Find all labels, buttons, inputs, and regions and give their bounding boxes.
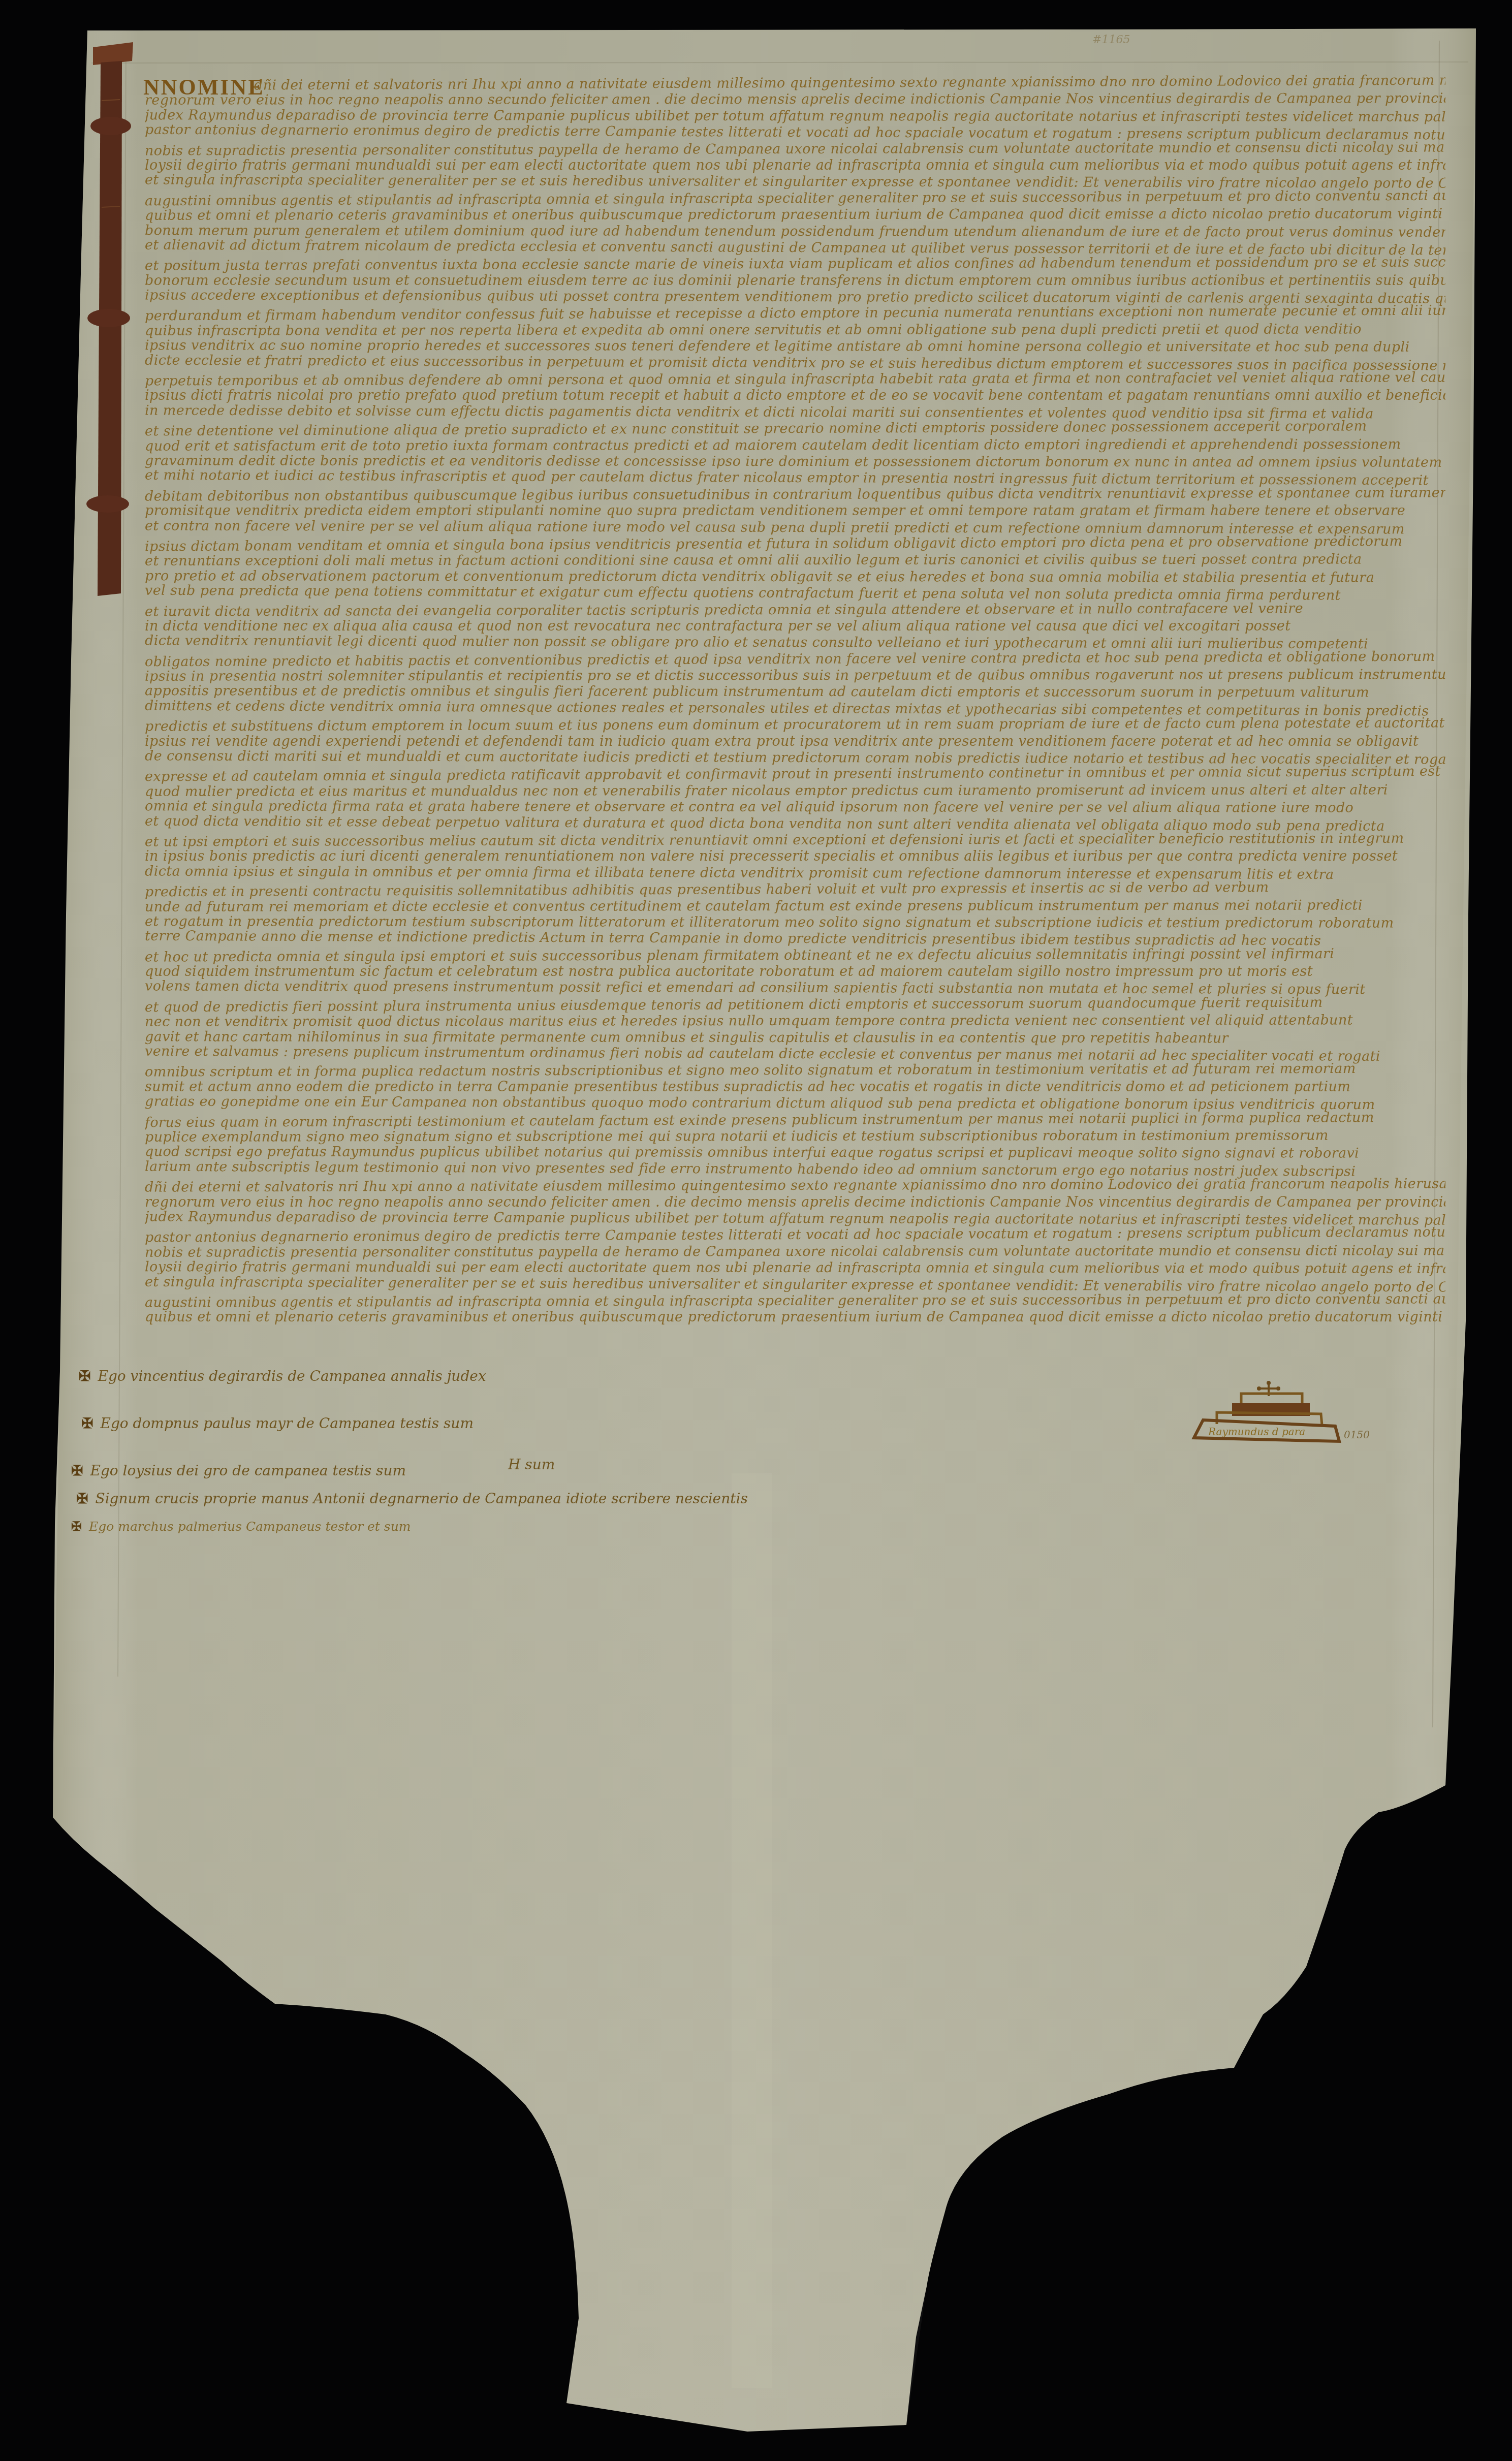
subscription-text: Ego vincentius degirardis de Campanea an…	[98, 1368, 486, 1384]
text-line: debitam debitoribus non obstantibus quib…	[145, 485, 1445, 505]
text-line: perpetuis temporibus et ab omnibus defen…	[145, 369, 1445, 390]
notarial-sign-number: 0150	[1344, 1429, 1370, 1441]
text-line: quibus infrascripta bona vendita et per …	[145, 321, 1445, 339]
text-line: et iuravit dicta venditrix ad sancta dei…	[145, 600, 1445, 620]
subscription-text: Signum crucis proprie manus Antonii degn…	[95, 1490, 747, 1507]
text-line: quibus et omni et plenario ceteris grava…	[145, 1309, 1445, 1326]
text-line: et renuntians exceptioni doli mali metus…	[145, 552, 1445, 570]
text-line: bonorum ecclesie secundum usum et consue…	[145, 273, 1445, 289]
text-line: augustini omnibus agentis et stipulantis…	[145, 1291, 1445, 1311]
text-line: loysii degirio fratris germani mundualdi…	[145, 157, 1445, 174]
text-line: unde ad futuram rei memoriam et dicte ec…	[145, 897, 1445, 916]
subscription-3: ✠Ego loysius dei gro de campanea testis …	[71, 1462, 406, 1479]
text-line: ipsius dicti fratris nicolai pro pretio …	[145, 388, 1445, 404]
text-line: et positum justa terras prefati conventu…	[145, 255, 1445, 275]
text-line: quod erit et satisfactum erit de toto pr…	[145, 436, 1445, 455]
text-line: omnibus scriptum et in forma puplica red…	[145, 1061, 1445, 1081]
cross-icon: ✠	[81, 1415, 93, 1432]
text-line: sumit et actum anno eodem die predicto i…	[145, 1079, 1445, 1095]
text-line: et ut ipsi emptori et suis successoribus…	[145, 830, 1445, 850]
text-line: in dicta venditione nec ex aliqua alia c…	[145, 618, 1445, 635]
subscription-5: ✠Ego marchus palmerius Campaneus testor …	[71, 1519, 411, 1534]
text-line: quod mulier predicta et eius maritus et …	[145, 782, 1445, 800]
text-line: ipsius in presentia nostri solemniter st…	[145, 667, 1445, 685]
text-line: nobis et supradictis presentia personali…	[145, 139, 1445, 160]
cross-icon: ✠	[71, 1462, 83, 1479]
cross-icon: ✠	[71, 1519, 82, 1534]
text-line: promisitque venditrix predicta eidem emp…	[145, 503, 1445, 519]
subscription-1: ✠Ego vincentius degirardis de Campanea a…	[79, 1368, 486, 1384]
text-line: et hoc ut predicta omnia et singula ipsi…	[145, 945, 1445, 966]
subscription-text: Ego loysius dei gro de campanea testis s…	[90, 1462, 406, 1479]
text-line: dñi dei eterni et salvatoris nri Ihu xpi…	[145, 1176, 1445, 1196]
text-line: in ipsius bonis predictis ac iuri dicent…	[145, 848, 1445, 865]
notarial-sign-label: Raymundus d para	[1208, 1426, 1305, 1438]
text-line: nobis et supradictis presentia personali…	[145, 1243, 1445, 1261]
text-line: regnorum vero eius in hoc regno neapolis…	[145, 91, 1445, 109]
cross-icon: ✠	[79, 1368, 90, 1384]
subscription-text: Ego dompnus paulus mayr de Campanea test…	[100, 1415, 473, 1432]
scan-background: #1165 NNOMINE dñi dei eterni et salvator…	[0, 0, 1512, 2461]
subscription-3-extra: H sum	[508, 1456, 555, 1473]
subscription-text: Ego marchus palmerius Campaneus testor e…	[89, 1519, 411, 1534]
text-line: nec non et venditrix promisit quod dictu…	[145, 1012, 1445, 1030]
subscription-2: ✠Ego dompnus paulus mayr de Campanea tes…	[81, 1415, 474, 1432]
folio-mark: #1165	[1092, 34, 1130, 46]
subscription-4: ✠Signum crucis proprie manus Antonii deg…	[76, 1490, 748, 1507]
text-line: quod siquidem instrumentum sic factum et…	[145, 964, 1445, 980]
text-line: regnorum vero eius in hoc regno neapolis…	[145, 1194, 1445, 1211]
cross-icon: ✠	[76, 1490, 88, 1507]
text-line: predictis et substituens dictum emptorem…	[145, 715, 1445, 736]
main-text-block: dñi dei eterni et salvatoris nri Ihu xpi…	[145, 75, 1445, 1326]
text-line: puplice exemplandum signo meo signatum s…	[145, 1127, 1445, 1146]
text-line: quibus et omni et plenario ceteris grava…	[145, 206, 1445, 224]
text-line: ipsius rei vendite agendi experiendi pet…	[145, 734, 1445, 750]
decorated-initial-i	[86, 40, 142, 598]
